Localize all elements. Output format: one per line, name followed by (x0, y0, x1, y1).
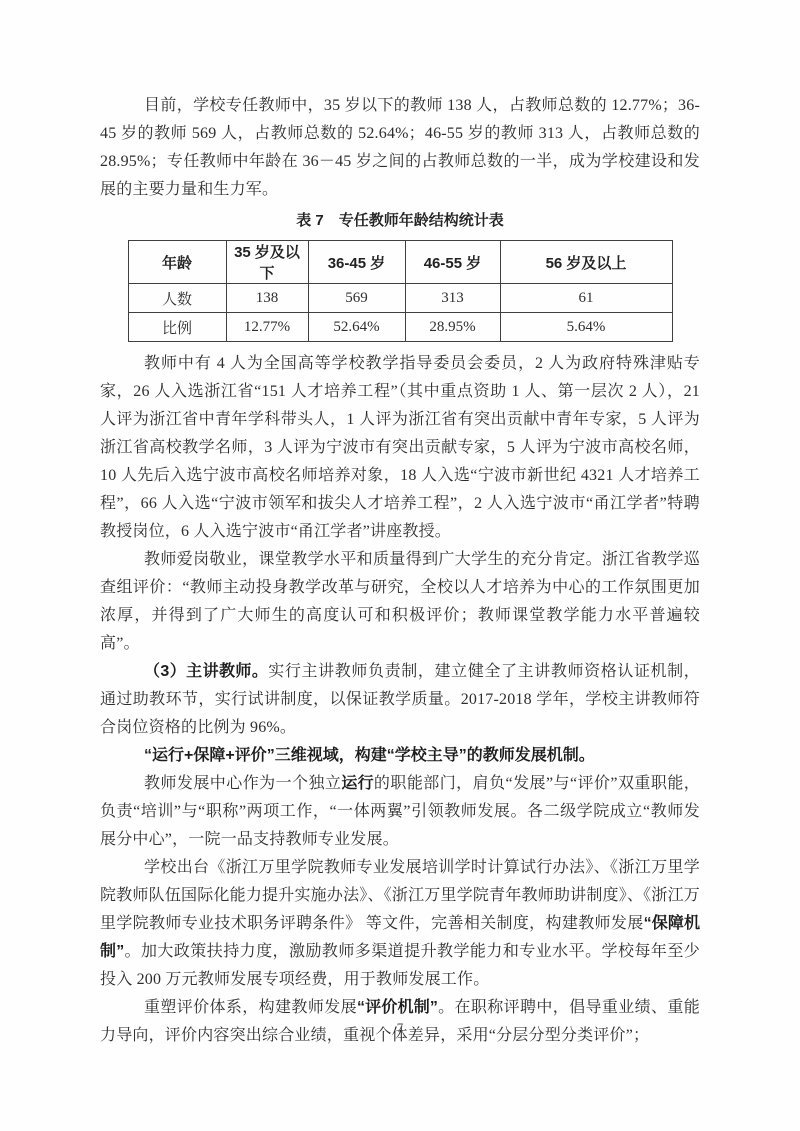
page-number: 7 (0, 1020, 800, 1036)
row-label-ratio: 比例 (128, 313, 226, 342)
keyword-evaluation-mechanism: “评价机制” (357, 999, 438, 1016)
ratio-under-35: 12.77% (226, 313, 308, 342)
count-36-45: 569 (308, 284, 405, 313)
lecturer-system-label: （3）主讲教师。 (144, 663, 268, 680)
guarantee-text-a: 学校出台《浙江万里学院教师专业发展培训学时计算试行办法》、《浙江万里学院教师队伍… (100, 859, 700, 932)
ratio-over-56: 5.64% (500, 313, 672, 342)
count-under-35: 138 (226, 284, 308, 313)
development-center-text-a: 教师发展中心作为一个独立 (144, 775, 341, 792)
para-teacher-honors: 教师中有 4 人为全国高等学校教学指导委员会委员，2 人为政府特殊津贴专家，26… (100, 350, 700, 546)
table-header-under-35: 35 岁及以下 (226, 241, 308, 284)
para-development-center: 教师发展中心作为一个独立运行的职能部门，肩负“发展”与“评价”双重职能，负责“培… (100, 770, 700, 854)
table-header-36-45: 36-45 岁 (308, 241, 405, 284)
document-page: 目前，学校专任教师中，35 岁以下的教师 138 人，占教师总数的 12.77%… (0, 0, 800, 1131)
count-46-55: 313 (405, 284, 500, 313)
table-row-ratio: 比例 12.77% 52.64% 28.95% 5.64% (128, 313, 672, 342)
para-teacher-age-overview: 目前，学校专任教师中，35 岁以下的教师 138 人，占教师总数的 12.77%… (100, 92, 700, 204)
para-teaching-quality: 教师爱岗敬业，课堂教学水平和质量得到广大学生的充分肯定。浙江省教学巡查组评价：“… (100, 546, 700, 658)
ratio-36-45: 52.64% (308, 313, 405, 342)
count-over-56: 61 (500, 284, 672, 313)
table-header-46-55: 46-55 岁 (405, 241, 500, 284)
evaluation-text-a: 重塑评价体系，构建教师发展 (144, 999, 357, 1016)
document-body: 目前，学校专任教师中，35 岁以下的教师 138 人，占教师总数的 12.77%… (100, 92, 700, 1050)
table-caption: 表 7 专任教师年龄结构统计表 (100, 208, 700, 234)
ratio-46-55: 28.95% (405, 313, 500, 342)
table-header-row: 年龄 35 岁及以下 36-45 岁 46-55 岁 56 岁及以上 (128, 241, 672, 284)
table-header-over-56: 56 岁及以上 (500, 241, 672, 284)
guarantee-text-b: 。加大政策扶持力度，激励教师多渠道提升教学能力和专业水平。学校每年至少投入 20… (100, 943, 700, 988)
row-label-count: 人数 (128, 284, 226, 313)
section-heading-development-mechanism: “运行+保障+评价”三维视域，构建“学校主导”的教师发展机制。 (100, 742, 700, 770)
table-header-age: 年龄 (128, 241, 226, 284)
para-lecturer-system: （3）主讲教师。实行主讲教师负责制，建立健全了主讲教师资格认证机制，通过助教环节… (100, 658, 700, 742)
table-row-count: 人数 138 569 313 61 (128, 284, 672, 313)
keyword-operation: 运行 (341, 775, 374, 792)
para-guarantee-mechanism: 学校出台《浙江万里学院教师专业发展培训学时计算试行办法》、《浙江万里学院教师队伍… (100, 854, 700, 994)
table-age-structure: 年龄 35 岁及以下 36-45 岁 46-55 岁 56 岁及以上 人数 13… (128, 240, 673, 342)
